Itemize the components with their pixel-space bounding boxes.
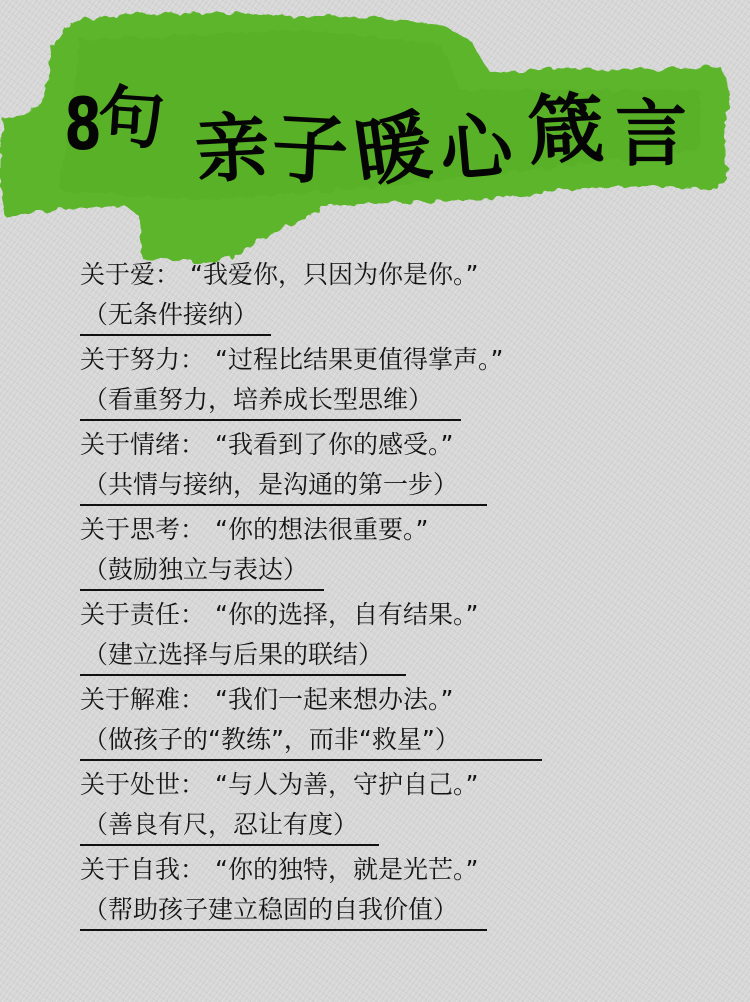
- maxim-quote-line: 关于努力：“过程比结果更值得掌声。”: [80, 340, 503, 380]
- page-title: 8 句 亲 子 暖 心 箴 言: [0, 0, 750, 260]
- maxim-quote: “你的选择，自有结果。”: [215, 595, 478, 635]
- title-char-zhen: 箴: [526, 90, 606, 170]
- title-char-ju: 句: [96, 84, 166, 154]
- maxim-topic: 关于解难：: [80, 680, 205, 720]
- maxim-item-effort: 关于努力：“过程比结果更值得掌声。” （看重努力，培养成长型思维）: [80, 340, 700, 425]
- maxim-quote: “我爱你，只因为你是你。”: [190, 255, 478, 295]
- maxim-item-thinking: 关于思考：“你的想法很重要。” （鼓励独立与表达）: [80, 510, 700, 595]
- maxim-item-problem-solving: 关于解难：“我们一起来想办法。” （做孩子的“教练”，而非“救星”）: [80, 680, 700, 765]
- maxim-topic: 关于处世：: [80, 765, 205, 805]
- maxim-topic: 关于情绪：: [80, 425, 205, 465]
- maxim-quote: “过程比结果更值得掌声。”: [215, 340, 503, 380]
- maxim-note: （无条件接纳）: [80, 296, 271, 336]
- title-char-yan: 言: [615, 98, 687, 170]
- maxim-quote-line: 关于责任：“你的选择，自有结果。”: [80, 595, 478, 635]
- maxim-quote-line: 关于思考：“你的想法很重要。”: [80, 510, 428, 550]
- maxim-topic: 关于思考：: [80, 510, 205, 550]
- maxim-note: （做孩子的“教练”，而非“救星”）: [80, 721, 542, 761]
- maxim-note: （共情与接纳，是沟通的第一步）: [80, 466, 487, 506]
- maxim-quote-line: 关于情绪：“我看到了你的感受。”: [80, 425, 453, 465]
- maxim-item-responsibility: 关于责任：“你的选择，自有结果。” （建立选择与后果的联结）: [80, 595, 700, 680]
- maxim-quote: “我们一起来想办法。”: [215, 680, 453, 720]
- maxim-topic: 关于自我：: [80, 850, 205, 890]
- title-char-xin: 心: [437, 109, 515, 187]
- maxim-quote: “你的独特，就是光芒。”: [215, 850, 478, 890]
- maxim-topic: 关于爱：: [80, 255, 180, 295]
- maxim-item-self: 关于自我：“你的独特，就是光芒。” （帮助孩子建立稳固的自我价值）: [80, 850, 700, 935]
- maxim-quote-line: 关于爱：“我爱你，只因为你是你。”: [80, 255, 478, 295]
- maxim-item-emotion: 关于情绪：“我看到了你的感受。” （共情与接纳，是沟通的第一步）: [80, 425, 700, 510]
- maxim-quote-line: 关于解难：“我们一起来想办法。”: [80, 680, 453, 720]
- maxim-note: （建立选择与后果的联结）: [80, 636, 406, 676]
- maxim-quote: “我看到了你的感受。”: [215, 425, 453, 465]
- title-char-nuan: 暖: [350, 107, 436, 193]
- maxim-quote: “你的想法很重要。”: [215, 510, 428, 550]
- maxim-note: （善良有尺，忍让有度）: [80, 806, 379, 846]
- maxim-note: （帮助孩子建立稳固的自我价值）: [80, 891, 487, 931]
- title-char-zi: 子: [270, 110, 350, 190]
- maxim-topic: 关于责任：: [80, 595, 205, 635]
- maxim-list: 关于爱：“我爱你，只因为你是你。” （无条件接纳） 关于努力：“过程比结果更值得…: [80, 255, 700, 935]
- maxim-item-love: 关于爱：“我爱你，只因为你是你。” （无条件接纳）: [80, 255, 700, 340]
- title-char-qin: 亲: [193, 110, 271, 188]
- maxim-note: （看重努力，培养成长型思维）: [80, 381, 461, 421]
- maxim-item-social: 关于处世：“与人为善，守护自己。” （善良有尺，忍让有度）: [80, 765, 700, 850]
- maxim-topic: 关于努力：: [80, 340, 205, 380]
- maxim-quote-line: 关于自我：“你的独特，就是光芒。”: [80, 850, 478, 890]
- maxim-note: （鼓励独立与表达）: [80, 551, 324, 591]
- maxim-quote-line: 关于处世：“与人为善，守护自己。”: [80, 765, 478, 805]
- maxim-quote: “与人为善，守护自己。”: [215, 765, 478, 805]
